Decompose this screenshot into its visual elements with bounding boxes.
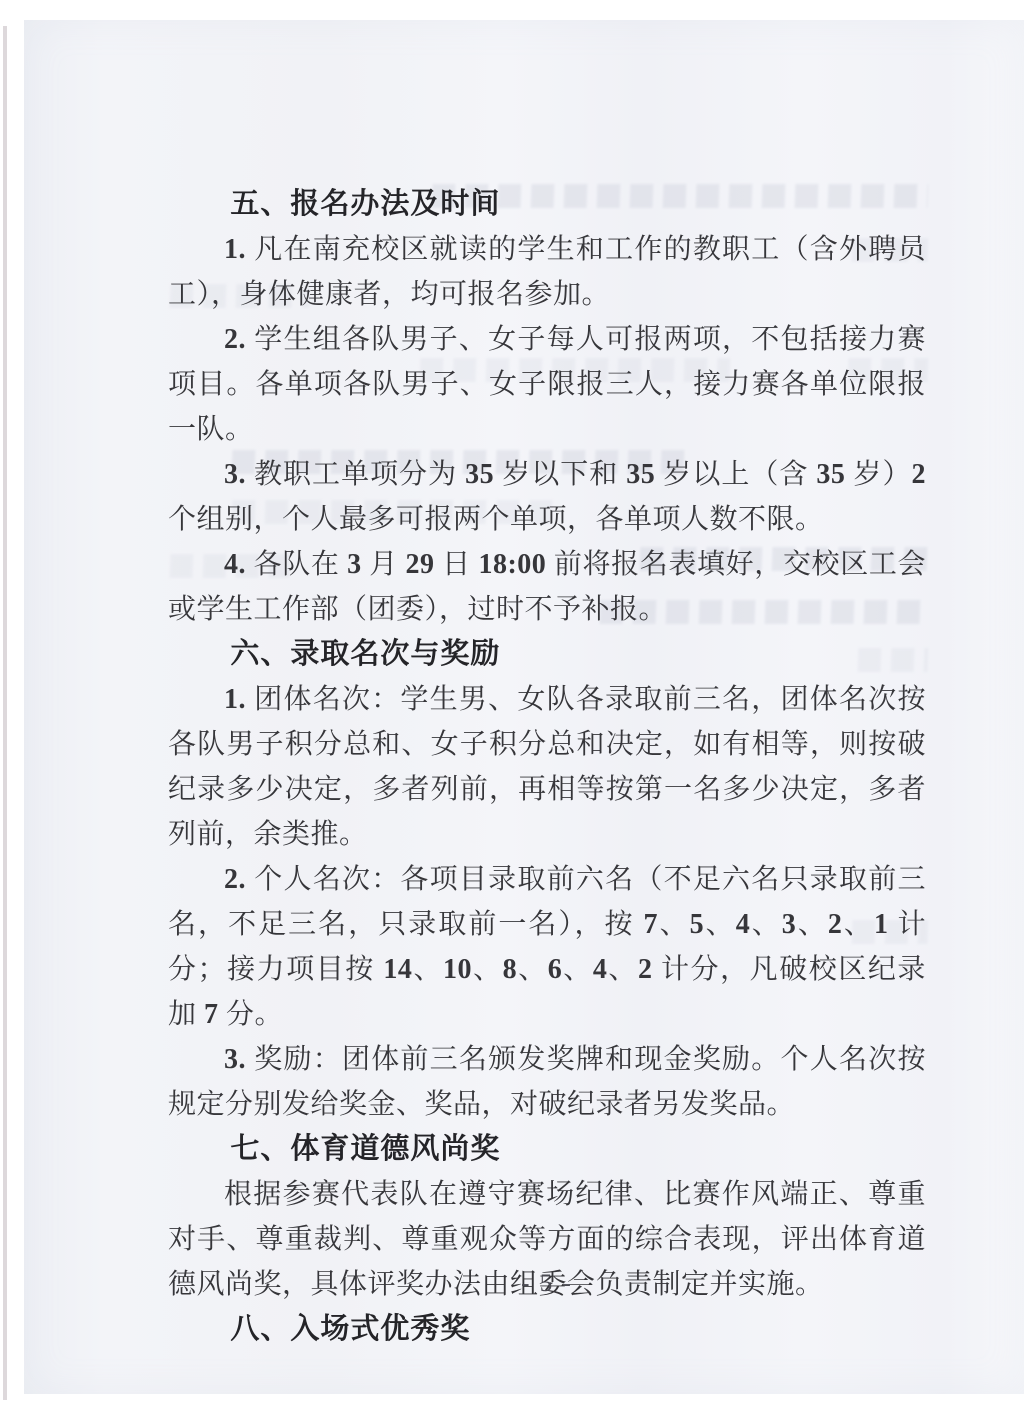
section-heading: 八、入场式优秀奖 <box>168 1307 926 1352</box>
scan-edge-strip <box>3 26 7 1400</box>
body-paragraph: 3. 奖励：团体前三名颁发奖牌和现金奖励。个人名次按规定分别发给奖金、奖品，对破… <box>168 1037 926 1127</box>
section-heading: 七、体育道德风尚奖 <box>168 1127 926 1172</box>
body-paragraph: 3. 教职工单项分为 35 岁以下和 35 岁以上（含 35 岁）2 个组别，个… <box>168 452 926 542</box>
page-number: - 5 - <box>168 1270 926 1298</box>
body-paragraph: 2. 学生组各队男子、女子每人可报两项，不包括接力赛项目。各单项各队男子、女子限… <box>168 317 926 452</box>
body-paragraph: 1. 凡在南充校区就读的学生和工作的教职工（含外聘员工），身体健康者，均可报名参… <box>168 227 926 317</box>
scanned-document-page: 五、报名办法及时间1. 凡在南充校区就读的学生和工作的教职工（含外聘员工），身体… <box>0 0 1024 1408</box>
section-heading: 六、录取名次与奖励 <box>168 632 926 677</box>
document-body: 五、报名办法及时间1. 凡在南充校区就读的学生和工作的教职工（含外聘员工），身体… <box>168 182 926 1352</box>
body-paragraph: 4. 各队在 3 月 29 日 18:00 前将报名表填好，交校区工会或学生工作… <box>168 542 926 632</box>
body-paragraph: 2. 个人名次：各项目录取前六名（不足六名只录取前三名，不足三名，只录取前一名）… <box>168 857 926 1037</box>
body-paragraph: 1. 团体名次：学生男、女队各录取前三名，团体名次按各队男子积分总和、女子积分总… <box>168 677 926 857</box>
section-heading: 五、报名办法及时间 <box>168 182 926 227</box>
